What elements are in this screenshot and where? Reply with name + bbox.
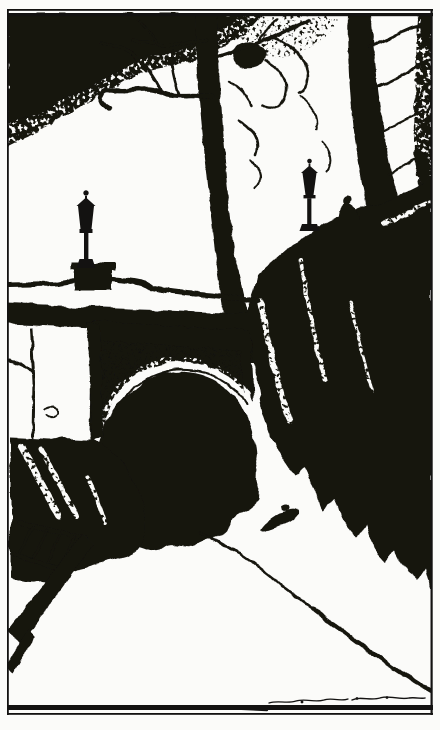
lamp-base [300, 224, 320, 231]
frame-bottom-thick [7, 705, 433, 710]
frame-left [7, 9, 9, 715]
signature-dot [356, 698, 358, 700]
frame-top-thin [7, 9, 433, 11]
lamp-collar [80, 229, 93, 233]
signature-dot [301, 701, 303, 703]
frame-top-thick [7, 13, 433, 16]
lamp-pedestal [75, 266, 112, 291]
signature-dot [386, 697, 388, 699]
frame-right [431, 9, 433, 715]
lamp-finial [307, 159, 312, 164]
woodcut-illustration [0, 0, 440, 730]
lamp-post [84, 233, 88, 260]
lamp-base [77, 259, 96, 268]
lamp-post [307, 199, 311, 225]
illustration-canvas [0, 0, 440, 730]
lamp-lantern [78, 206, 94, 229]
page [0, 0, 440, 730]
lamp-collar [304, 195, 316, 198]
frame-bottom-thin [7, 713, 433, 715]
lamp-finial [83, 190, 88, 195]
